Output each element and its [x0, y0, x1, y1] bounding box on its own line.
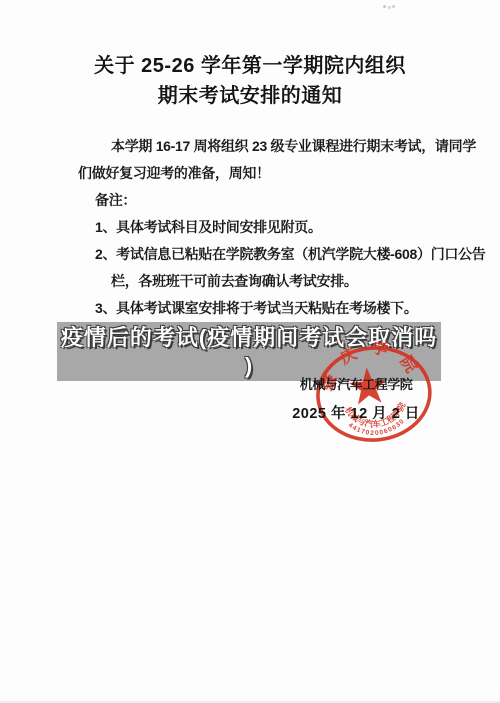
signature-block: 机械与汽车工程学院 2025 年 12 月 2 日	[287, 374, 425, 423]
list-item: 3、具体考试课室安排将于考试当天粘贴在考场楼下。	[78, 295, 440, 322]
notice-document: 关于 25-26 学年第一学期院内组织 期末考试安排的通知 本学期 16-17 …	[0, 0, 500, 703]
list-item-continuation: 栏，各班班干可前去查询确认考试安排。	[78, 268, 440, 295]
list-item: 1、具体考试科目及时间安排见附页。	[78, 214, 440, 241]
note-label: 备注：	[78, 187, 440, 214]
list-item: 2、考试信息已粘贴在学院教务室（机汽学院大楼-608）门口公告	[78, 241, 440, 268]
notice-title: 关于 25-26 学年第一学期院内组织 期末考试安排的通知	[0, 0, 500, 111]
paragraph-line: 们做好复习迎考的准备，周知！	[78, 160, 440, 187]
scan-artifact-dots	[383, 5, 386, 8]
paragraph-line: 本学期 16-17 周将组织 23 级专业课程进行期末考试，请同学	[78, 133, 440, 160]
signature-date: 2025 年 12 月 2 日	[287, 402, 425, 423]
signature-department: 机械与汽车工程学院	[287, 374, 425, 393]
notice-body: 本学期 16-17 周将组织 23 级专业课程进行期末考试，请同学 们做好复习迎…	[78, 133, 440, 322]
notice-title-line-2: 期末考试安排的通知	[0, 81, 500, 111]
notice-title-line-1: 关于 25-26 学年第一学期院内组织	[0, 51, 500, 81]
